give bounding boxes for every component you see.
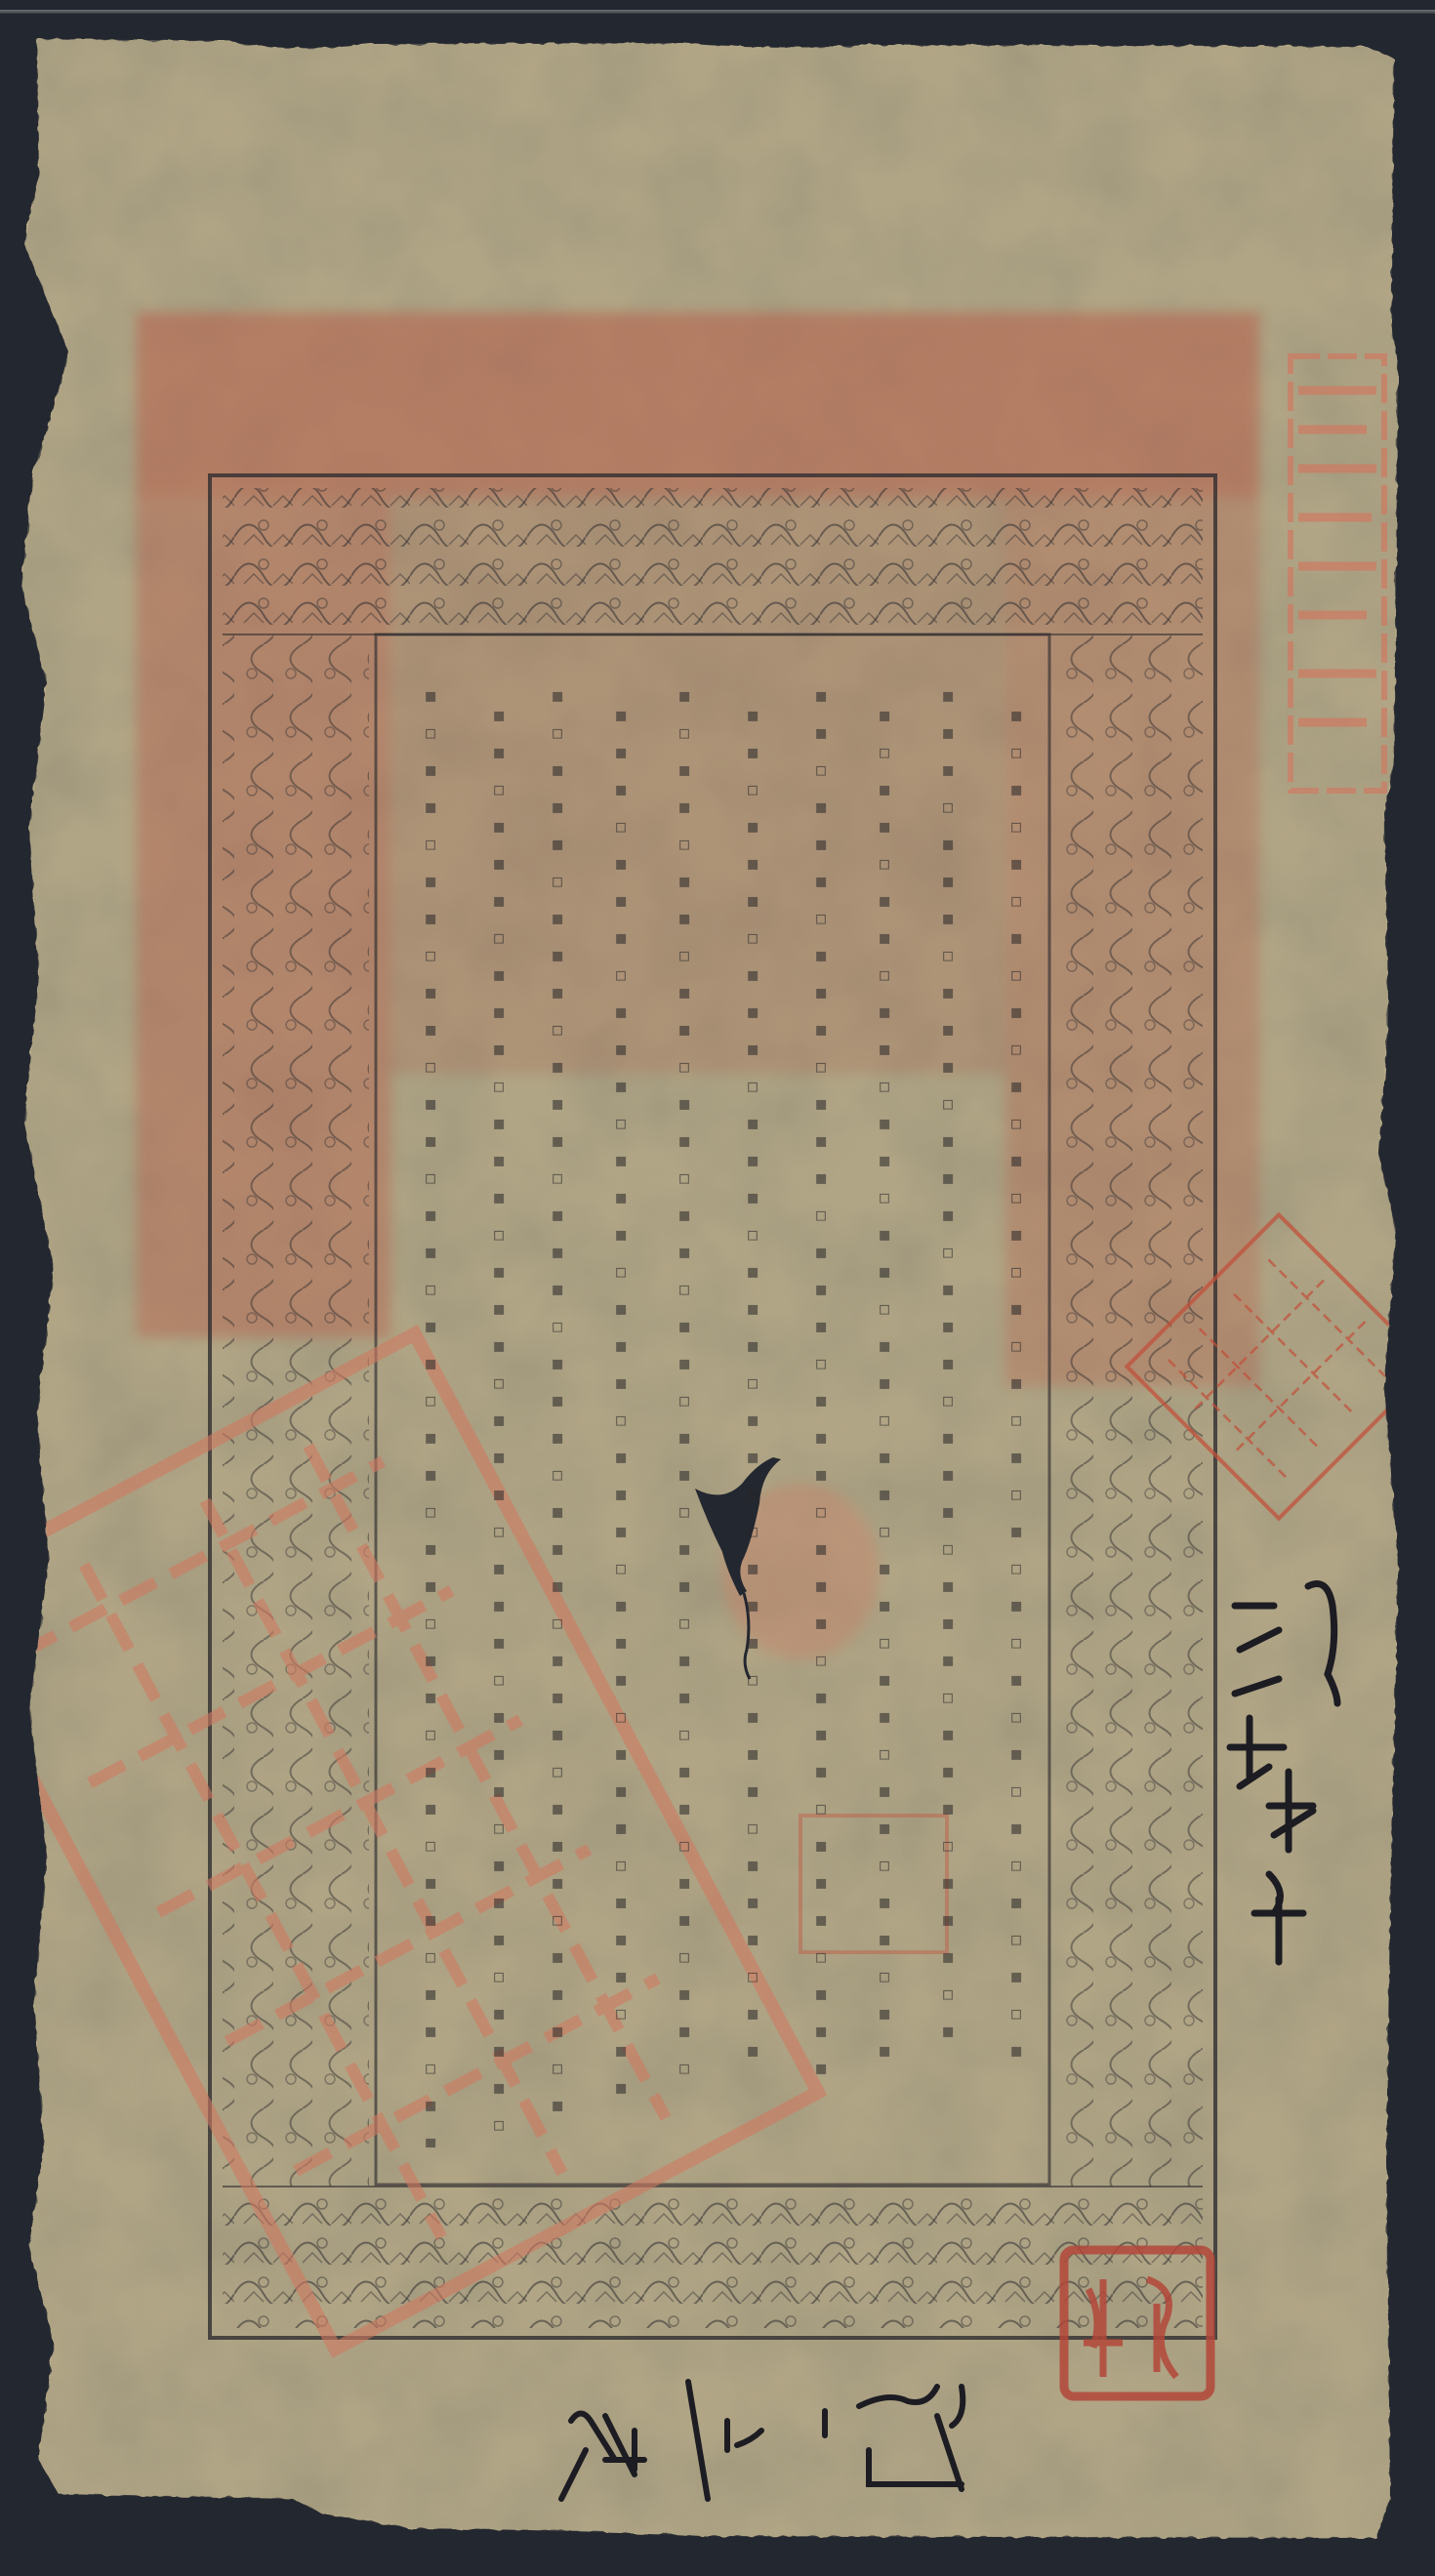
banknote: ▪▫▪▪▫▪▪▫▪▪▫▪▪▫▪▪▫▪▪▫▪▪▫▪▪▫▪▪▫▪▪▫▪▪▫▪▪▫▪▪… xyxy=(0,0,1435,2576)
text-column: ▪▫▪▪▪▫▪▪▪▫▪▪▪▫▪▪▪▫▪▪▪▫▪▪▪▫▪▪▪▫▪▪▪▫▪▪▪▫▪ xyxy=(547,683,568,2147)
text-column: ▪▪▫▪▪▪▫▪▪▪▫▪▪▪▫▪▪▪▫▪▪▪▫▪▪▪▫▪▪▪▫▪▪▪▫▪▪▪ xyxy=(810,683,832,2147)
text-column: ▪▪▫▪▪▪▫▪▪▪▫▪▪▪▫▪▪▪▫▪▪▪▫▪▪▪▫▪▪▪▫▪▪▪▫▪▪▪▫ xyxy=(488,703,510,2147)
text-column: ▪▫▪▫▪▫▪▫▪▫▪▫▪▫▪▫▪▫▪▫▪▫▪▫▪▫▪▫▪▫▪▫▪▫▪▫▪ xyxy=(1005,703,1027,2147)
text-column: ▪▪▫▪▪▪▫▪▪▪▫▪▪▪▫▪▪▪▫▪▪▪▫▪▪▪▫▪▪▪▫▪▪▪▫▪▪ xyxy=(742,703,763,2147)
text-column: ▪▪▪▫▪▪▪▫▪▪▪▫▪▪▪▫▪▪▪▫▪▪▪▫▪▪▪▫▪▪▪▫▪▪▪▫▪ xyxy=(937,683,959,2147)
text-column: ▪▫▪▪▫▪▪▫▪▪▫▪▪▫▪▪▫▪▪▫▪▪▫▪▪▫▪▪▫▪▪▫▪▪▫▪▪▫ xyxy=(674,683,695,2147)
text-column: ▪▫▪▪▫▪▪▫▪▪▫▪▪▫▪▪▫▪▪▫▪▪▫▪▪▫▪▪▫▪▪▫▪▪▫▪▪▫▪▪… xyxy=(420,683,441,2147)
text-column: ▪▪▪▫▪▪▪▫▪▪▪▫▪▪▪▫▪▪▪▫▪▪▪▫▪▪▪▫▪▪▪▫▪▪▪▫▪▪ xyxy=(610,703,632,2147)
text-column: ▪▫▪▪▫▪▪▫▪▪▫▪▪▫▪▪▫▪▪▫▪▪▫▪▪▫▪▪▫▪▪▫▪▪▫▪▪ xyxy=(874,703,895,2147)
